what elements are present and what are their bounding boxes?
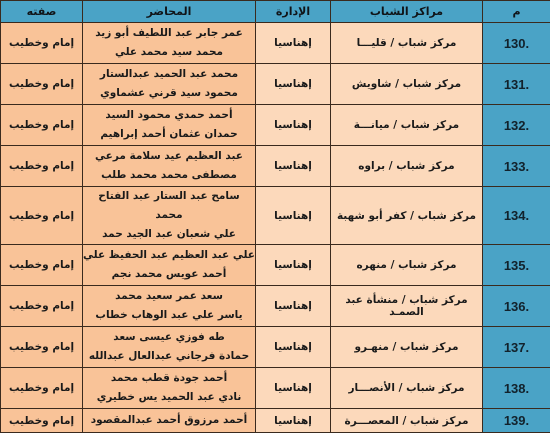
lecturer-name: أحمد مرزوق أحمد عبدالمقصود bbox=[83, 411, 255, 430]
role: إمام وخطيب bbox=[1, 23, 83, 64]
table-row: .136 مركز شباب / منشأة عبد الصمـد إهناسي… bbox=[1, 286, 550, 327]
lecturers: عمر جابر عبد اللطيف أبو زيدمحمد سيد محمد… bbox=[83, 23, 256, 64]
table-row: .134 مركز شباب / كفر أبو شهبة إهناسيا سا… bbox=[1, 187, 550, 245]
table-row: .139 مركز شباب / المعصـــرة إهناسيا أحمد… bbox=[1, 409, 550, 433]
administration: إهناسيا bbox=[256, 146, 331, 187]
role: إمام وخطيب bbox=[1, 409, 83, 433]
youth-center: مركز شباب / منهره bbox=[331, 245, 483, 286]
administration: إهناسيا bbox=[256, 327, 331, 368]
lecturers: سعد عمر سعيد محمدياسر علي عبد الوهاب خطا… bbox=[83, 286, 256, 327]
lecturers: طه فوزي عيسى سعدحمادة فرجاني عبدالعال عب… bbox=[83, 327, 256, 368]
administration: إهناسيا bbox=[256, 23, 331, 64]
row-number: .137 bbox=[483, 327, 550, 368]
role: إمام وخطيب bbox=[1, 187, 83, 245]
lecturer-name: أحمد حمدي محمود السيد bbox=[83, 106, 255, 125]
administration: إهناسيا bbox=[256, 187, 331, 245]
row-number: .132 bbox=[483, 105, 550, 146]
table-row: .137 مركز شباب / منهـرو إهناسيا طه فوزي … bbox=[1, 327, 550, 368]
youth-center: مركز شباب / ميانـــة bbox=[331, 105, 483, 146]
lecturer-name: أحمد جودة قطب محمد bbox=[83, 369, 255, 388]
administration: إهناسيا bbox=[256, 64, 331, 105]
lecturers: سامح عبد الستار عبد الفتاح محمدعلي شعبان… bbox=[83, 187, 256, 245]
table-row: .138 مركز شباب / الأنصـــار إهناسيا أحمد… bbox=[1, 368, 550, 409]
role: إمام وخطيب bbox=[1, 64, 83, 105]
header-num: م bbox=[483, 1, 550, 23]
lecturers: عبد العظيم عيد سلامة مرعيمصطفى محمد محمد… bbox=[83, 146, 256, 187]
youth-center: مركز شباب / قليـــا bbox=[331, 23, 483, 64]
lecturer-name: محمد عبد الحميد عبدالستار bbox=[83, 65, 255, 84]
header-row: م مراكز الشباب الإدارة المحاضر صفته bbox=[1, 1, 550, 23]
header-center: مراكز الشباب bbox=[331, 1, 483, 23]
lecturer-name: سامح عبد الستار عبد الفتاح محمد bbox=[83, 187, 255, 225]
lecturers: محمد عبد الحميد عبدالستارمحمود سيد قرني … bbox=[83, 64, 256, 105]
role: إمام وخطيب bbox=[1, 327, 83, 368]
table-row: .133 مركز شباب / براوه إهناسيا عبد العظي… bbox=[1, 146, 550, 187]
youth-center: مركز شباب / منشأة عبد الصمـد bbox=[331, 286, 483, 327]
lecturer-name: حمدان عثمان أحمد إبراهيم bbox=[83, 125, 255, 144]
row-number: .133 bbox=[483, 146, 550, 187]
youth-center: مركز شباب / شاويش bbox=[331, 64, 483, 105]
row-number: .131 bbox=[483, 64, 550, 105]
role: إمام وخطيب bbox=[1, 286, 83, 327]
lecturer-name: أحمد عويس محمد نجم bbox=[83, 265, 255, 284]
lecturer-name: عبد العظيم عيد سلامة مرعي bbox=[83, 147, 255, 166]
administration: إهناسيا bbox=[256, 368, 331, 409]
lecturer-name: نادي عبد الحميد يس خطيري bbox=[83, 388, 255, 407]
role: إمام وخطيب bbox=[1, 245, 83, 286]
administration: إهناسيا bbox=[256, 409, 331, 433]
lecturer-name: علي عبد العظيم عبد الحفيظ علي bbox=[83, 246, 255, 265]
youth-center: مركز شباب / الأنصـــار bbox=[331, 368, 483, 409]
row-number: .139 bbox=[483, 409, 550, 433]
lecturer-name: ياسر علي عبد الوهاب خطاب bbox=[83, 306, 255, 325]
row-number: .130 bbox=[483, 23, 550, 64]
table-row: .130 مركز شباب / قليـــا إهناسيا عمر جاب… bbox=[1, 23, 550, 64]
role: إمام وخطيب bbox=[1, 368, 83, 409]
lecturer-name: سعد عمر سعيد محمد bbox=[83, 287, 255, 306]
youth-center: مركز شباب / كفر أبو شهبة bbox=[331, 187, 483, 245]
administration: إهناسيا bbox=[256, 245, 331, 286]
youth-center: مركز شباب / براوه bbox=[331, 146, 483, 187]
row-number: .138 bbox=[483, 368, 550, 409]
lecturer-name: علي شعبان عبد الجيد حمد bbox=[83, 225, 255, 244]
header-role: صفته bbox=[1, 1, 83, 23]
lecturer-name: محمد سيد محمد علي bbox=[83, 43, 255, 62]
lecturers: أحمد جودة قطب محمدنادي عبد الحميد يس خطي… bbox=[83, 368, 256, 409]
lecturers: أحمد مرزوق أحمد عبدالمقصود bbox=[83, 409, 256, 433]
lecturers: علي عبد العظيم عبد الحفيظ عليأحمد عويس م… bbox=[83, 245, 256, 286]
lecturer-name: حمادة فرجاني عبدالعال عبدالله bbox=[83, 347, 255, 366]
table-row: .132 مركز شباب / ميانـــة إهناسيا أحمد ح… bbox=[1, 105, 550, 146]
lecturer-name: عمر جابر عبد اللطيف أبو زيد bbox=[83, 24, 255, 43]
youth-centers-table: م مراكز الشباب الإدارة المحاضر صفته .130… bbox=[0, 0, 550, 433]
lecturers: أحمد حمدي محمود السيدحمدان عثمان أحمد إب… bbox=[83, 105, 256, 146]
youth-center: مركز شباب / المعصـــرة bbox=[331, 409, 483, 433]
lecturer-name: محمود سيد قرني عشماوي bbox=[83, 84, 255, 103]
header-lecturers: المحاضر bbox=[83, 1, 256, 23]
role: إمام وخطيب bbox=[1, 105, 83, 146]
table-row: .131 مركز شباب / شاويش إهناسيا محمد عبد … bbox=[1, 64, 550, 105]
lecturer-name: طه فوزي عيسى سعد bbox=[83, 328, 255, 347]
role: إمام وخطيب bbox=[1, 146, 83, 187]
row-number: .136 bbox=[483, 286, 550, 327]
administration: إهناسيا bbox=[256, 286, 331, 327]
header-admin: الإدارة bbox=[256, 1, 331, 23]
administration: إهناسيا bbox=[256, 105, 331, 146]
lecturer-name: مصطفى محمد محمد طلب bbox=[83, 166, 255, 185]
youth-center: مركز شباب / منهـرو bbox=[331, 327, 483, 368]
row-number: .134 bbox=[483, 187, 550, 245]
row-number: .135 bbox=[483, 245, 550, 286]
table-row: .135 مركز شباب / منهره إهناسيا علي عبد ا… bbox=[1, 245, 550, 286]
